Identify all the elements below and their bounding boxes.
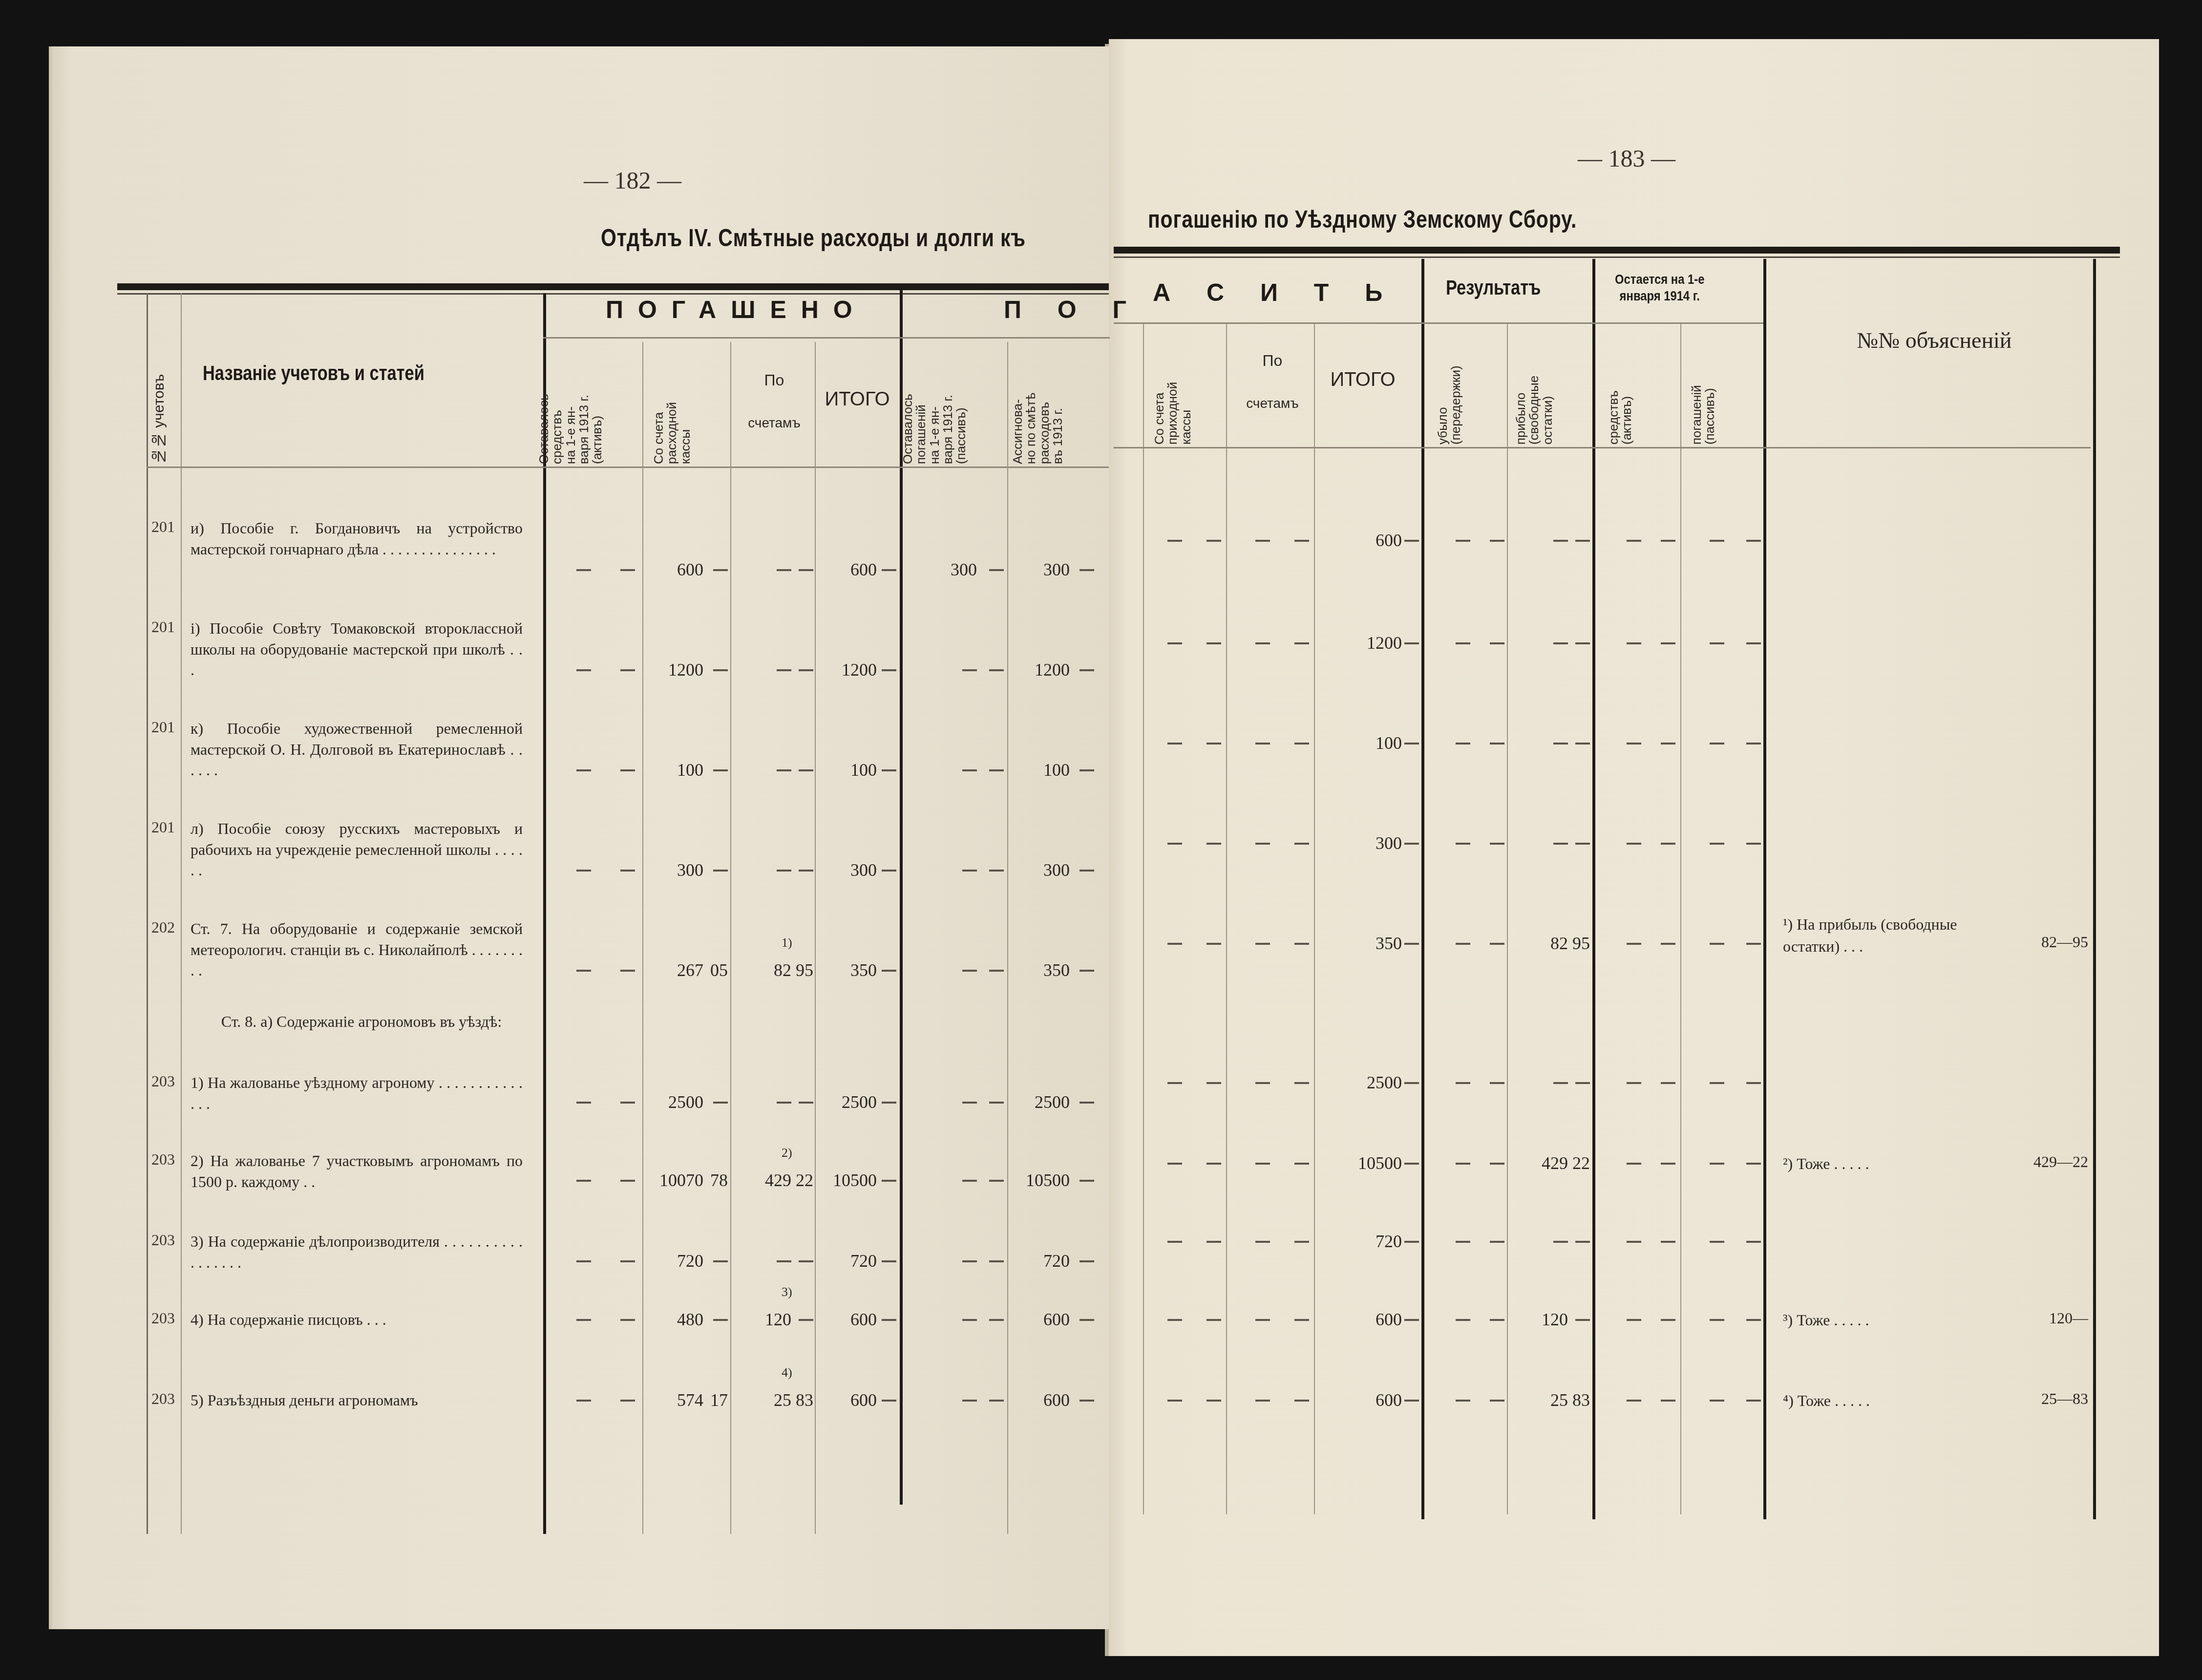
total-2: 600 xyxy=(1376,1309,1402,1330)
total-k-dash-icon xyxy=(882,1180,896,1182)
assets-k-dash-icon xyxy=(1661,1400,1675,1402)
total: 2500 xyxy=(842,1092,877,1112)
col-line xyxy=(1680,322,1681,1514)
assets-k-dash-icon xyxy=(1661,943,1675,945)
by-accounts-k: 83 xyxy=(796,1390,813,1410)
liabilities-dash-icon xyxy=(1710,1400,1724,1402)
loss-dash-icon xyxy=(1456,1241,1470,1243)
liabilities-k-dash-icon xyxy=(1746,540,1761,542)
total: 720 xyxy=(850,1251,877,1271)
header-bottom xyxy=(147,467,1109,468)
assigned: 10500 xyxy=(1026,1170,1070,1191)
page-number-left: — 182 — xyxy=(584,166,681,194)
gain-dash-icon xyxy=(1553,743,1568,744)
total-2-k-dash-icon xyxy=(1404,1082,1419,1084)
assigned: 720 xyxy=(1043,1251,1070,1271)
header-to-pay-left: П О Г xyxy=(1004,296,1141,324)
liabilities-k-dash-icon xyxy=(1746,943,1761,945)
total-2-k-dash-icon xyxy=(1404,743,1419,744)
section-heading: Ст. 8. а) Содержаніе агрономовъ въ уѣздѣ… xyxy=(195,1011,528,1032)
gain-k: 22 xyxy=(1572,1153,1590,1173)
assigned-k-dash-icon xyxy=(1080,870,1094,872)
by-accounts-2-dash-icon xyxy=(1255,843,1270,845)
header-assets: средствъ (активъ) xyxy=(1607,327,1634,445)
gain-k-dash-icon xyxy=(1575,1241,1590,1243)
header-notes: №№ объясненій xyxy=(1778,327,2091,353)
liabilities-dash-icon xyxy=(1710,1082,1724,1084)
from-income-k-dash-icon xyxy=(1207,1163,1221,1165)
remaining-funds-dash-icon xyxy=(576,870,591,872)
col-line xyxy=(1143,322,1144,1514)
by-accounts-2-k-dash-icon xyxy=(1294,1163,1309,1165)
from-expense-k: 05 xyxy=(710,960,728,980)
assigned-k-dash-icon xyxy=(1080,669,1094,671)
remaining-funds-dash-icon xyxy=(576,769,591,771)
assigned-k-dash-icon xyxy=(1080,769,1094,771)
remaining-funds-k-dash-icon xyxy=(620,669,635,671)
loss-dash-icon xyxy=(1456,1082,1470,1084)
remaining-debt-dash-icon xyxy=(962,1260,977,1262)
remaining-debt-k-dash-icon xyxy=(989,669,1004,671)
total-2: 100 xyxy=(1376,733,1402,753)
from-income-k-dash-icon xyxy=(1207,1319,1221,1321)
header-remaining-funds: Оставалось средствъ на 1-е ян- варя 1913… xyxy=(537,342,604,464)
total: 600 xyxy=(850,1390,877,1410)
header-by-accounts-top-2: По xyxy=(1231,352,1314,370)
gain: 25 xyxy=(1550,1390,1568,1410)
col-line xyxy=(815,342,816,1534)
total-2: 720 xyxy=(1376,1231,1402,1252)
by-accounts-k-dash-icon xyxy=(799,569,813,571)
account-number: 202 xyxy=(151,918,175,936)
from-income-dash-icon xyxy=(1167,1082,1182,1084)
col-line xyxy=(1226,322,1227,1514)
remaining-debt-dash-icon xyxy=(962,970,977,972)
from-expense: 1200 xyxy=(668,659,703,680)
by-accounts-dash-icon xyxy=(777,1102,791,1104)
total-2: 350 xyxy=(1376,933,1402,954)
loss-k-dash-icon xyxy=(1490,1163,1504,1165)
by-accounts-k-dash-icon xyxy=(799,1260,813,1262)
account-number: 201 xyxy=(151,618,175,636)
loss-k-dash-icon xyxy=(1490,1400,1504,1402)
total: 300 xyxy=(850,860,877,880)
header-to-pay-right: А С И Т Ь xyxy=(1153,278,1397,307)
liabilities-dash-icon xyxy=(1710,943,1724,945)
from-income-k-dash-icon xyxy=(1207,843,1221,845)
liabilities-dash-icon xyxy=(1710,1319,1724,1321)
gain-k-dash-icon xyxy=(1575,843,1590,845)
liabilities-dash-icon xyxy=(1710,743,1724,744)
by-accounts-k-dash-icon xyxy=(799,1319,813,1321)
gain-dash-icon xyxy=(1553,1241,1568,1243)
from-expense-k-dash-icon xyxy=(713,1319,728,1321)
header-from-expense-cash: Со счета расходной кассы xyxy=(652,352,692,464)
header-loss: убыло (передержки) xyxy=(1436,327,1463,445)
remaining-debt: 300 xyxy=(951,559,977,580)
item-description: 3) На содержаніе дѣлопроизводителя . . .… xyxy=(191,1231,523,1273)
account-number: 203 xyxy=(151,1390,175,1408)
account-number: 201 xyxy=(151,518,175,536)
total: 350 xyxy=(850,960,877,980)
gain: 82 xyxy=(1550,933,1568,954)
from-expense-k-dash-icon xyxy=(713,769,728,771)
header-by-accounts-bottom-2: счетамъ xyxy=(1228,396,1316,411)
by-accounts-2-k-dash-icon xyxy=(1294,1319,1309,1321)
remaining-funds-dash-icon xyxy=(576,1319,591,1321)
col-line xyxy=(2093,259,2096,1519)
remaining-debt-k-dash-icon xyxy=(989,1180,1004,1182)
assigned-k-dash-icon xyxy=(1080,1180,1094,1182)
by-accounts-2-dash-icon xyxy=(1255,540,1270,542)
remaining-debt-k-dash-icon xyxy=(989,569,1004,571)
assets-dash-icon xyxy=(1627,1319,1641,1321)
liabilities-k-dash-icon xyxy=(1746,843,1761,845)
liabilities-k-dash-icon xyxy=(1746,1319,1761,1321)
item-description: 5) Разъѣздныя деньги агрономамъ xyxy=(191,1390,523,1411)
loss-dash-icon xyxy=(1456,743,1470,744)
remaining-debt-dash-icon xyxy=(962,1180,977,1182)
remaining-debt-k-dash-icon xyxy=(989,870,1004,872)
total: 600 xyxy=(850,1309,877,1330)
from-income-dash-icon xyxy=(1167,943,1182,945)
from-income-k-dash-icon xyxy=(1207,743,1221,744)
header-name: Названіе учетовъ и статей xyxy=(203,362,424,385)
remaining-debt-k-dash-icon xyxy=(989,769,1004,771)
from-income-k-dash-icon xyxy=(1207,1241,1221,1243)
total-2-k-dash-icon xyxy=(1404,943,1419,945)
col-line xyxy=(730,342,731,1534)
gain-dash-icon xyxy=(1553,1082,1568,1084)
explanation-note: ¹) На прибыль (свободные остатки) . . . xyxy=(1783,914,2008,957)
remaining-debt-dash-icon xyxy=(962,870,977,872)
assets-dash-icon xyxy=(1627,843,1641,845)
from-income-dash-icon xyxy=(1167,1163,1182,1165)
total-k-dash-icon xyxy=(882,569,896,571)
item-description: 2) На жалованье 7 участковымъ агрономамъ… xyxy=(191,1150,523,1192)
gain-dash-icon xyxy=(1553,540,1568,542)
assets-k-dash-icon xyxy=(1661,1163,1675,1165)
header-by-accounts-bottom: счетамъ xyxy=(733,415,816,431)
from-expense: 10070 xyxy=(659,1170,703,1191)
footnote-marker: 4) xyxy=(782,1365,792,1380)
by-accounts: 25 xyxy=(774,1390,791,1410)
col-line xyxy=(900,288,903,1505)
assigned: 100 xyxy=(1043,760,1070,780)
total-2: 10500 xyxy=(1358,1153,1402,1173)
assigned: 600 xyxy=(1043,1309,1070,1330)
assets-k-dash-icon xyxy=(1661,1241,1675,1243)
from-income-dash-icon xyxy=(1167,642,1182,644)
loss-k-dash-icon xyxy=(1490,540,1504,542)
by-accounts-2-dash-icon xyxy=(1255,642,1270,644)
header-divider xyxy=(543,337,1110,339)
remaining-debt-k-dash-icon xyxy=(989,1102,1004,1104)
by-accounts-2-k-dash-icon xyxy=(1294,540,1309,542)
remaining-funds-dash-icon xyxy=(576,569,591,571)
header-total: ИТОГО xyxy=(818,388,896,410)
loss-dash-icon xyxy=(1456,1163,1470,1165)
assigned: 2500 xyxy=(1035,1092,1070,1112)
by-accounts-k: 22 xyxy=(796,1170,813,1191)
explanation-note: ³) Тоже . . . . . xyxy=(1783,1309,2008,1331)
col-line xyxy=(1314,322,1315,1514)
total-2-k-dash-icon xyxy=(1404,540,1419,542)
from-expense: 2500 xyxy=(668,1092,703,1112)
from-expense-k: 78 xyxy=(710,1170,728,1191)
gain-k-dash-icon xyxy=(1575,1319,1590,1321)
col-line xyxy=(147,293,148,1534)
loss-dash-icon xyxy=(1456,843,1470,845)
from-expense-k-dash-icon xyxy=(713,1260,728,1262)
item-description: і) Пособіе Совѣту Томаковской второкласс… xyxy=(191,618,523,681)
account-number: 203 xyxy=(151,1072,175,1090)
item-description: 1) На жалованье уѣздному агроному . . . … xyxy=(191,1072,523,1114)
assets-dash-icon xyxy=(1627,1400,1641,1402)
explanation-value: 120— xyxy=(2049,1309,2088,1327)
by-accounts-dash-icon xyxy=(777,870,791,872)
liabilities-k-dash-icon xyxy=(1746,1400,1761,1402)
by-accounts-2-dash-icon xyxy=(1255,1319,1270,1321)
from-expense-k-dash-icon xyxy=(713,569,728,571)
by-accounts-2-k-dash-icon xyxy=(1294,642,1309,644)
gain-k-dash-icon xyxy=(1575,540,1590,542)
by-accounts-k-dash-icon xyxy=(799,769,813,771)
header-remain-group: Остается на 1-е января 1914 г. xyxy=(1612,271,1708,304)
by-accounts-k-dash-icon xyxy=(799,669,813,671)
gain-k: 95 xyxy=(1572,933,1590,954)
loss-k-dash-icon xyxy=(1490,1241,1504,1243)
assigned: 300 xyxy=(1043,860,1070,880)
liabilities-k-dash-icon xyxy=(1746,642,1761,644)
remaining-funds-k-dash-icon xyxy=(620,1260,635,1262)
by-accounts-k-dash-icon xyxy=(799,1102,813,1104)
header-account-no: №№ учетовъ xyxy=(151,342,167,464)
remaining-funds-k-dash-icon xyxy=(620,1400,635,1402)
liabilities-k-dash-icon xyxy=(1746,1241,1761,1243)
gain-k: 83 xyxy=(1572,1390,1590,1410)
remaining-debt-dash-icon xyxy=(962,669,977,671)
from-income-k-dash-icon xyxy=(1207,943,1221,945)
gain: 120 xyxy=(1542,1309,1568,1330)
remaining-funds-dash-icon xyxy=(576,1400,591,1402)
remaining-funds-dash-icon xyxy=(576,669,591,671)
total-2: 600 xyxy=(1376,530,1402,551)
from-expense-k-dash-icon xyxy=(713,870,728,872)
gain-k-dash-icon xyxy=(1575,1082,1590,1084)
from-expense: 480 xyxy=(677,1309,703,1330)
remaining-funds-dash-icon xyxy=(576,970,591,972)
liabilities-k-dash-icon xyxy=(1746,1163,1761,1165)
remaining-debt-dash-icon xyxy=(962,1319,977,1321)
total-k-dash-icon xyxy=(882,1400,896,1402)
from-income-k-dash-icon xyxy=(1207,1082,1221,1084)
remaining-debt-k-dash-icon xyxy=(989,1319,1004,1321)
total-2: 600 xyxy=(1376,1390,1402,1410)
from-income-dash-icon xyxy=(1167,843,1182,845)
assigned: 600 xyxy=(1043,1390,1070,1410)
gain-k-dash-icon xyxy=(1575,743,1590,744)
remaining-funds-k-dash-icon xyxy=(620,970,635,972)
from-income-dash-icon xyxy=(1167,1319,1182,1321)
loss-dash-icon xyxy=(1456,642,1470,644)
assets-dash-icon xyxy=(1627,743,1641,744)
item-description: 4) На содержаніе писцовъ . . . xyxy=(191,1309,523,1330)
item-description: к) Пособіе художественной ремесленной ма… xyxy=(191,718,523,781)
from-expense-k-dash-icon xyxy=(713,1102,728,1104)
remaining-funds-k-dash-icon xyxy=(620,569,635,571)
assigned: 300 xyxy=(1043,559,1070,580)
from-income-k-dash-icon xyxy=(1207,642,1221,644)
col-line xyxy=(543,293,546,1534)
gain-dash-icon xyxy=(1553,642,1568,644)
by-accounts-2-k-dash-icon xyxy=(1294,1241,1309,1243)
by-accounts-dash-icon xyxy=(777,569,791,571)
remaining-debt-dash-icon xyxy=(962,1102,977,1104)
from-income-k-dash-icon xyxy=(1207,540,1221,542)
gain: 429 xyxy=(1542,1153,1568,1173)
remaining-funds-k-dash-icon xyxy=(620,1102,635,1104)
by-accounts-2-dash-icon xyxy=(1255,1400,1270,1402)
assets-k-dash-icon xyxy=(1661,1082,1675,1084)
assigned-k-dash-icon xyxy=(1080,1319,1094,1321)
from-expense: 300 xyxy=(677,860,703,880)
assets-dash-icon xyxy=(1627,1082,1641,1084)
top-rule-right-thin xyxy=(1114,256,2120,258)
loss-k-dash-icon xyxy=(1490,1082,1504,1084)
assigned: 350 xyxy=(1043,960,1070,980)
explanation-note: ⁴) Тоже . . . . . xyxy=(1783,1390,2008,1412)
loss-dash-icon xyxy=(1456,540,1470,542)
from-income-dash-icon xyxy=(1167,540,1182,542)
liabilities-dash-icon xyxy=(1710,1163,1724,1165)
from-income-k-dash-icon xyxy=(1207,1400,1221,1402)
total-2-k-dash-icon xyxy=(1404,642,1419,644)
assigned-k-dash-icon xyxy=(1080,970,1094,972)
by-accounts-dash-icon xyxy=(777,669,791,671)
by-accounts-2-k-dash-icon xyxy=(1294,1082,1309,1084)
loss-k-dash-icon xyxy=(1490,1319,1504,1321)
from-income-dash-icon xyxy=(1167,743,1182,744)
gain-dash-icon xyxy=(1553,843,1568,845)
loss-dash-icon xyxy=(1456,1400,1470,1402)
header-gain: прибыло (свободные остатки) xyxy=(1514,327,1554,445)
total-2-k-dash-icon xyxy=(1404,843,1419,845)
from-income-dash-icon xyxy=(1167,1400,1182,1402)
by-accounts-2-dash-icon xyxy=(1255,1241,1270,1243)
remaining-funds-k-dash-icon xyxy=(620,1319,635,1321)
total-2-k-dash-icon xyxy=(1404,1241,1419,1243)
remaining-debt-dash-icon xyxy=(962,1400,977,1402)
col-line xyxy=(1007,342,1008,1534)
loss-k-dash-icon xyxy=(1490,843,1504,845)
remaining-funds-dash-icon xyxy=(576,1180,591,1182)
from-expense: 574 xyxy=(677,1390,703,1410)
total-k-dash-icon xyxy=(882,970,896,972)
total-k-dash-icon xyxy=(882,870,896,872)
footnote-marker: 1) xyxy=(782,936,792,950)
remaining-funds-k-dash-icon xyxy=(620,870,635,872)
from-expense: 267 xyxy=(677,960,703,980)
liabilities-dash-icon xyxy=(1710,642,1724,644)
total: 10500 xyxy=(833,1170,877,1191)
total-2: 2500 xyxy=(1367,1072,1402,1093)
assets-dash-icon xyxy=(1627,642,1641,644)
header-liabilities: погашеній (пассивъ) xyxy=(1690,327,1717,445)
by-accounts: 82 xyxy=(774,960,791,980)
by-accounts-k: 95 xyxy=(796,960,813,980)
total-k-dash-icon xyxy=(882,1260,896,1262)
from-expense: 100 xyxy=(677,760,703,780)
gain-k-dash-icon xyxy=(1575,642,1590,644)
remaining-funds-dash-icon xyxy=(576,1102,591,1104)
account-number: 203 xyxy=(151,1309,175,1327)
liabilities-dash-icon xyxy=(1710,1241,1724,1243)
by-accounts: 120 xyxy=(765,1309,791,1330)
by-accounts-2-k-dash-icon xyxy=(1294,743,1309,744)
assets-k-dash-icon xyxy=(1661,743,1675,744)
from-expense-k: 17 xyxy=(710,1390,728,1410)
remaining-debt-k-dash-icon xyxy=(989,970,1004,972)
loss-dash-icon xyxy=(1456,1319,1470,1321)
by-accounts-dash-icon xyxy=(777,769,791,771)
header-paid-group: ПОГАШЕНО xyxy=(606,296,867,324)
account-number: 201 xyxy=(151,718,175,736)
col-line xyxy=(1507,322,1508,1514)
liabilities-k-dash-icon xyxy=(1746,743,1761,744)
item-description: л) Пособіе союзу русскихъ мастеровыхъ и … xyxy=(191,818,523,881)
assets-k-dash-icon xyxy=(1661,843,1675,845)
assigned: 1200 xyxy=(1035,659,1070,680)
by-accounts-2-k-dash-icon xyxy=(1294,843,1309,845)
assigned-k-dash-icon xyxy=(1080,1260,1094,1262)
by-accounts-2-dash-icon xyxy=(1255,943,1270,945)
top-rule-right xyxy=(1114,247,2120,254)
page-title-right: погашенію по Уѣздному Земскому Сбору. xyxy=(1148,205,1577,234)
total: 1200 xyxy=(842,659,877,680)
by-accounts-2-k-dash-icon xyxy=(1294,1400,1309,1402)
liabilities-k-dash-icon xyxy=(1746,1082,1761,1084)
total-2: 300 xyxy=(1376,833,1402,853)
by-accounts-2-dash-icon xyxy=(1255,1163,1270,1165)
remaining-debt-k-dash-icon xyxy=(989,1400,1004,1402)
from-expense: 600 xyxy=(677,559,703,580)
liabilities-dash-icon xyxy=(1710,843,1724,845)
total-2-k-dash-icon xyxy=(1404,1163,1419,1165)
item-description: Ст. 7. На оборудованіе и содержаніе земс… xyxy=(191,918,523,981)
assets-k-dash-icon xyxy=(1661,1319,1675,1321)
total-2-k-dash-icon xyxy=(1404,1400,1419,1402)
from-expense: 720 xyxy=(677,1251,703,1271)
footnote-marker: 3) xyxy=(782,1285,792,1299)
by-accounts-2-dash-icon xyxy=(1255,743,1270,744)
header-remaining-debts: Оставалось погашеній на 1-е ян- варя 191… xyxy=(901,342,968,464)
header-from-income-cash: Со счета приходной кассы xyxy=(1153,332,1193,445)
explanation-value: 429—22 xyxy=(2033,1153,2088,1171)
liabilities-dash-icon xyxy=(1710,540,1724,542)
by-accounts-k-dash-icon xyxy=(799,870,813,872)
assets-dash-icon xyxy=(1627,943,1641,945)
total-k-dash-icon xyxy=(882,1102,896,1104)
remaining-debt-k-dash-icon xyxy=(989,1260,1004,1262)
col-line xyxy=(181,293,182,1534)
assets-dash-icon xyxy=(1627,1163,1641,1165)
account-number: 201 xyxy=(151,818,175,836)
loss-k-dash-icon xyxy=(1490,943,1504,945)
loss-dash-icon xyxy=(1456,943,1470,945)
total-k-dash-icon xyxy=(882,669,896,671)
explanation-value: 82—95 xyxy=(2041,933,2088,951)
